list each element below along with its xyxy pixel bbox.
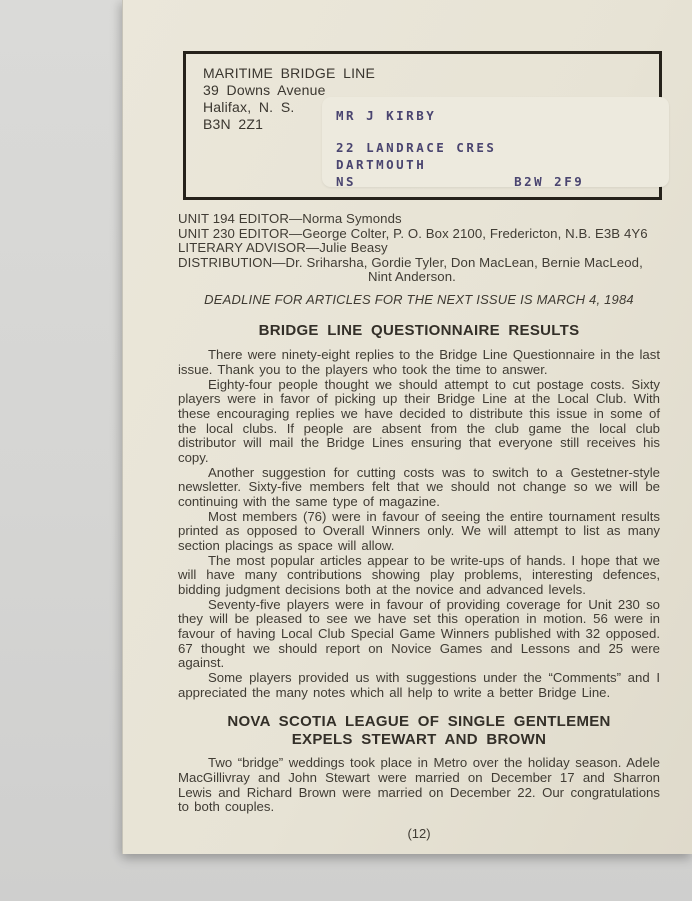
label-recipient: MR J KIRBY — [336, 107, 669, 124]
masthead-line-literary-advisor: LITERARY ADVISOR—Julie Beasy — [178, 241, 660, 256]
label-province-postal-row: NS B2W 2F9 — [336, 173, 669, 190]
page-content: UNIT 194 EDITOR—Norma Symonds UNIT 230 E… — [178, 212, 660, 841]
article2-title: NOVA SCOTIA LEAGUE OF SINGLE GENTLEMEN E… — [178, 713, 660, 748]
paragraph: Another suggestion for cutting costs was… — [178, 466, 660, 510]
masthead-line-distribution: DISTRIBUTION—Dr. Sriharsha, Gordie Tyler… — [178, 256, 660, 271]
masthead-line-unit194: UNIT 194 EDITOR—Norma Symonds — [178, 212, 660, 227]
paragraph: There were ninety-eight replies to the B… — [178, 348, 660, 377]
masthead-line-distribution-cont: Nint Anderson. — [178, 270, 660, 285]
paragraph: Some players provided us with suggestion… — [178, 671, 660, 700]
page-number: (12) — [178, 826, 660, 841]
label-street: 22 LANDRACE CRES — [336, 139, 669, 156]
label-city: DARTMOUTH — [336, 156, 669, 173]
article2-title-line1: NOVA SCOTIA LEAGUE OF SINGLE GENTLEMEN — [178, 713, 660, 731]
article2-title-line2: EXPELS STEWART AND BROWN — [178, 731, 660, 749]
newsletter-page: MARITIME BRIDGE LINE 39 Downs Avenue Hal… — [123, 0, 692, 854]
article2-body: Two “bridge” weddings took place in Metr… — [178, 756, 660, 815]
article1-body: There were ninety-eight replies to the B… — [178, 348, 660, 700]
paragraph: Seventy-five players were in favour of p… — [178, 598, 660, 671]
sender-org: MARITIME BRIDGE LINE — [203, 65, 659, 82]
masthead-line-unit230: UNIT 230 EDITOR—George Colter, P. O. Box… — [178, 227, 660, 242]
deadline-notice: DEADLINE FOR ARTICLES FOR THE NEXT ISSUE… — [178, 292, 660, 307]
label-province: NS — [336, 173, 356, 190]
paragraph: Eighty-four people thought we should att… — [178, 378, 660, 466]
paragraph: Two “bridge” weddings took place in Metr… — [178, 756, 660, 815]
article1-title: BRIDGE LINE QUESTIONNAIRE RESULTS — [178, 322, 660, 340]
masthead: UNIT 194 EDITOR—Norma Symonds UNIT 230 E… — [178, 212, 660, 285]
label-postal-code: B2W 2F9 — [514, 173, 584, 190]
mailing-label: MR J KIRBY 22 LANDRACE CRES DARTMOUTH NS… — [322, 97, 669, 187]
paragraph: Most members (76) were in favour of seei… — [178, 510, 660, 554]
paragraph: The most popular articles appear to be w… — [178, 554, 660, 598]
